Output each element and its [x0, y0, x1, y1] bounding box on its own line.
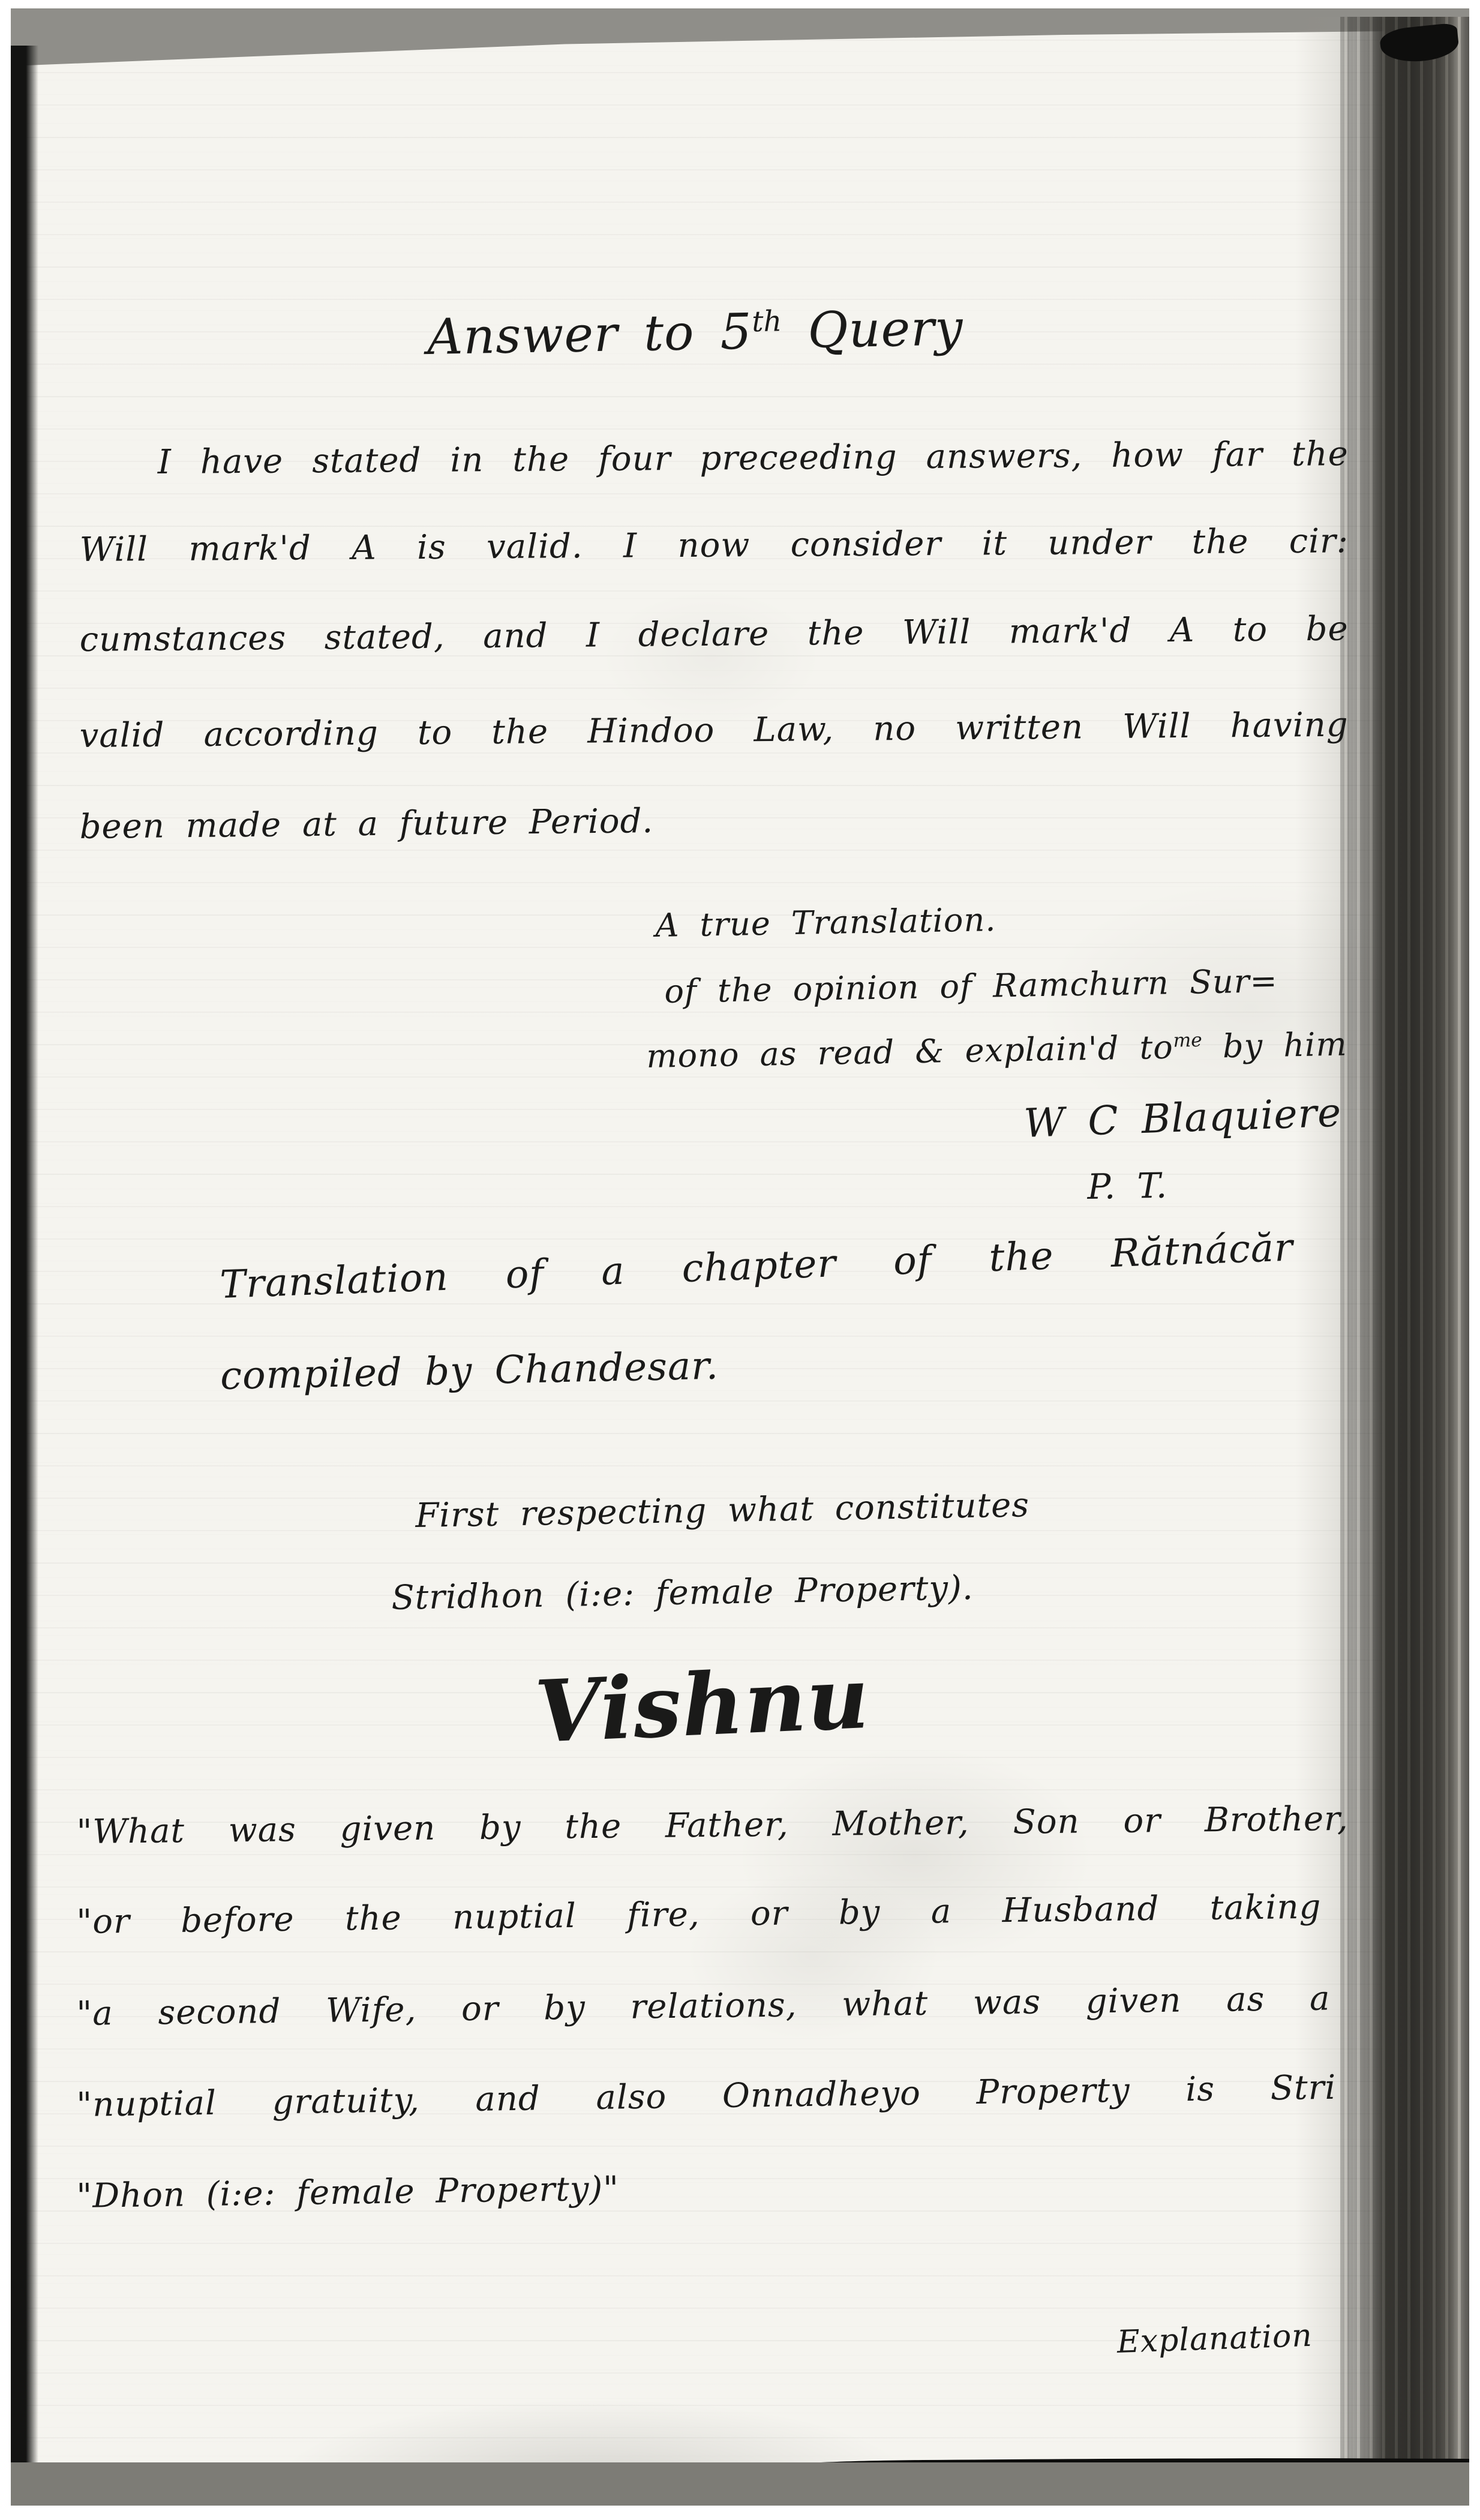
quote-line: "Dhon (i:e: female Property)" — [76, 2168, 620, 2218]
translation-heading-line: Translation of a chapter of the Rătnácăr — [219, 1224, 1294, 1309]
subject-line: First respecting what constitutes — [415, 1484, 1030, 1537]
attestation-line: mono as read & explain'd tome by him — [646, 1024, 1347, 1077]
answer-line: valid according to the Hindoo Law, no wr… — [79, 704, 1349, 757]
page-title-pre: Answer to 5 — [427, 304, 752, 366]
attestation-line3-post: by him — [1202, 1025, 1347, 1066]
scan-bottom-band — [11, 2462, 1469, 2506]
quote-line: "a second Wife, or by relations, what wa… — [76, 1978, 1331, 2035]
attestation-line3-pre: mono as read & explain'd to — [646, 1028, 1173, 1075]
subject-line: Stridhon (i:e: female Property). — [391, 1567, 974, 1619]
signature-title: P. T. — [1087, 1164, 1168, 1209]
book-binding-edge — [1340, 17, 1469, 2506]
scan-top-band — [11, 8, 1469, 66]
signature-wc-blaquiere: W C Blaquiere — [1023, 1088, 1342, 1149]
catchword-explanation: Explanation — [1116, 2317, 1313, 2362]
source-heading-vishnu: Vishnu — [533, 1645, 872, 1766]
page-title: Answer to 5th Query — [427, 298, 963, 368]
scanned-manuscript-page: Answer to 5th Query I have stated in the… — [11, 8, 1469, 2506]
attestation-line: of the opinion of Ramchurn Sur= — [664, 961, 1278, 1012]
answer-line: cumstances stated, and I declare the Wil… — [79, 608, 1349, 661]
attestation-line: A true Translation. — [655, 899, 996, 946]
quote-line: "or before the nuptial fire, or by a Hus… — [76, 1886, 1322, 1943]
page-left-edge-shadow — [11, 46, 38, 2483]
answer-line: Will mark'd A is valid. I now consider i… — [80, 520, 1349, 571]
quote-line: "nuptial gratuity, and also Onnadheyo Pr… — [76, 2067, 1337, 2126]
answer-line: been made at a future Period. — [79, 800, 653, 848]
translation-heading-line: compiled by Chandesar. — [220, 1342, 719, 1400]
answer-line: I have stated in the four preceeding ans… — [158, 433, 1349, 484]
attestation-interlined-word: me — [1173, 1030, 1202, 1052]
page-title-ordinal: th — [752, 305, 782, 338]
page-title-post: Query — [782, 299, 964, 359]
quote-line: "What was given by the Father, Mother, S… — [76, 1798, 1349, 1853]
